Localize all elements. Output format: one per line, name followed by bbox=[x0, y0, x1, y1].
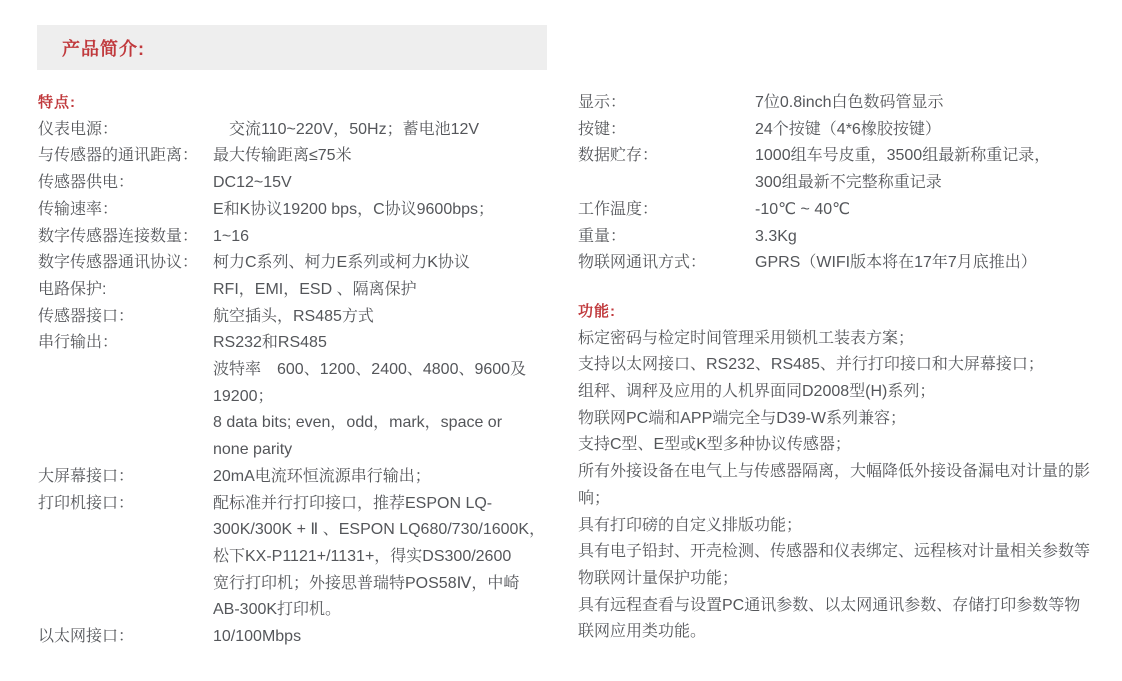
spec-row: 显示：7位0.8inch白色数码管显示 bbox=[578, 90, 1096, 117]
spec-row: 以太网接口：10/100Mbps bbox=[38, 624, 550, 651]
spec-value: -10℃ ~ 40℃ bbox=[755, 197, 1096, 224]
spec-row: 工作温度：-10℃ ~ 40℃ bbox=[578, 197, 1096, 224]
spec-value: 7位0.8inch白色数码管显示 bbox=[755, 90, 1096, 117]
spec-value-line: 7位0.8inch白色数码管显示 bbox=[755, 90, 1096, 117]
spec-value: 配标准并行打印接口，推荐ESPON LQ-300K/300K + Ⅱ 、ESPO… bbox=[213, 491, 550, 625]
spec-value: DC12~15V bbox=[213, 170, 550, 197]
spec-label: 以太网接口： bbox=[38, 624, 213, 651]
spec-value: 航空插头，RS485方式 bbox=[213, 304, 550, 331]
spec-value: GPRS（WIFI版本将在17年7月底推出） bbox=[755, 250, 1096, 277]
spec-label: 大屏幕接口： bbox=[38, 464, 213, 491]
spec-value-line: 300K/300K + Ⅱ 、ESPON LQ680/730/1600K， bbox=[213, 517, 550, 544]
spec-value-line: 20mA电流环恒流源串行输出； bbox=[213, 464, 550, 491]
function-item: 标定密码与检定时间管理采用锁机工装表方案； bbox=[578, 326, 1096, 353]
spec-value: 1000组车号皮重，3500组最新称重记录，300组最新不完整称重记录 bbox=[755, 143, 1096, 196]
spec-row: 物联网通讯方式：GPRS（WIFI版本将在17年7月底推出） bbox=[578, 250, 1096, 277]
spec-label: 重量： bbox=[578, 224, 755, 251]
spec-label: 工作温度： bbox=[578, 197, 755, 224]
spec-value: 20mA电流环恒流源串行输出； bbox=[213, 464, 550, 491]
spec-value: E和K协议19200 bps，C协议9600bps； bbox=[213, 197, 550, 224]
spec-label: 串行输出： bbox=[38, 330, 213, 464]
features-column: 特点: 仪表电源： 交流110~220V，50Hz；蓄电池12V与传感器的通讯距… bbox=[38, 90, 550, 651]
spec-value: 24个按键（4*6橡胶按键） bbox=[755, 117, 1096, 144]
function-item: 组秤、调秤及应用的人机界面同D2008型(H)系列； bbox=[578, 379, 1096, 406]
spec-value-line: 8 data bits; even，odd，mark，space or bbox=[213, 410, 550, 437]
function-item: 支持以太网接口、RS232、RS485、并行打印接口和大屏幕接口； bbox=[578, 352, 1096, 379]
spec-row: 数据贮存：1000组车号皮重，3500组最新称重记录，300组最新不完整称重记录 bbox=[578, 143, 1096, 196]
spec-value-line: none parity bbox=[213, 437, 550, 464]
functions-list: 标定密码与检定时间管理采用锁机工装表方案；支持以太网接口、RS232、RS485… bbox=[578, 326, 1096, 646]
spec-value-line: 配标准并行打印接口，推荐ESPON LQ- bbox=[213, 491, 550, 518]
spec-label: 数据贮存： bbox=[578, 143, 755, 196]
spec-row: 串行输出：RS232和RS485波特率 600、1200、2400、4800、9… bbox=[38, 330, 550, 464]
spec-value-line: AB-300K打印机。 bbox=[213, 597, 550, 624]
features-table: 仪表电源： 交流110~220V，50Hz；蓄电池12V与传感器的通讯距离：最大… bbox=[38, 117, 550, 651]
function-item: 物联网PC端和APP端完全与D39-W系列兼容； bbox=[578, 406, 1096, 433]
spec-value-line: 300组最新不完整称重记录 bbox=[755, 170, 1096, 197]
spec-value: RS232和RS485波特率 600、1200、2400、4800、9600及1… bbox=[213, 330, 550, 464]
function-item: 具有远程查看与设置PC通讯参数、以太网通讯参数、存储打印参数等物联网应用类功能。 bbox=[578, 593, 1096, 646]
spec-value-line: 松下KX-P1121+/1131+，得实DS300/2600 bbox=[213, 544, 550, 571]
spec-value-line: GPRS（WIFI版本将在17年7月底推出） bbox=[755, 250, 1096, 277]
spec-value-line: DC12~15V bbox=[213, 170, 550, 197]
features-heading: 特点: bbox=[38, 90, 550, 117]
spec-value-line: E和K协议19200 bps，C协议9600bps； bbox=[213, 197, 550, 224]
functions-heading: 功能: bbox=[578, 299, 1096, 326]
spec-row: 仪表电源： 交流110~220V，50Hz；蓄电池12V bbox=[38, 117, 550, 144]
spec-value-line: 最大传输距离≤75米 bbox=[213, 143, 550, 170]
spec-value: 最大传输距离≤75米 bbox=[213, 143, 550, 170]
function-item: 具有打印磅的自定义排版功能； bbox=[578, 513, 1096, 540]
spec-value-line: RFI，EMI，ESD 、隔离保护 bbox=[213, 277, 550, 304]
specs-column: 显示：7位0.8inch白色数码管显示按键：24个按键（4*6橡胶按键）数据贮存… bbox=[578, 90, 1096, 646]
spec-label: 数字传感器连接数量： bbox=[38, 224, 213, 251]
spec-row: 重量：3.3Kg bbox=[578, 224, 1096, 251]
spec-value-line: 3.3Kg bbox=[755, 224, 1096, 251]
function-item: 所有外接设备在电气上与传感器隔离，大幅降低外接设备漏电对计量的影响； bbox=[578, 459, 1096, 512]
spec-value-line: 宽行打印机；外接思普瑞特POS58Ⅳ，中崎 bbox=[213, 571, 550, 598]
spec-row: 打印机接口：配标准并行打印接口，推荐ESPON LQ-300K/300K + Ⅱ… bbox=[38, 491, 550, 625]
spec-value-line: 1000组车号皮重，3500组最新称重记录， bbox=[755, 143, 1096, 170]
spec-value: 交流110~220V，50Hz；蓄电池12V bbox=[213, 117, 550, 144]
spec-label: 物联网通讯方式： bbox=[578, 250, 755, 277]
spec-label: 仪表电源： bbox=[38, 117, 213, 144]
spec-row: 按键：24个按键（4*6橡胶按键） bbox=[578, 117, 1096, 144]
function-item: 支持C型、E型或K型多种协议传感器； bbox=[578, 432, 1096, 459]
spec-row: 数字传感器通讯协议：柯力C系列、柯力E系列或柯力K协议 bbox=[38, 250, 550, 277]
spec-row: 大屏幕接口：20mA电流环恒流源串行输出； bbox=[38, 464, 550, 491]
function-item: 具有电子铅封、开壳检测、传感器和仪表绑定、远程核对计量相关参数等物联网计量保护功… bbox=[578, 539, 1096, 592]
spec-label: 显示： bbox=[578, 90, 755, 117]
spec-value-line: RS232和RS485 bbox=[213, 330, 550, 357]
spec-label: 传感器接口： bbox=[38, 304, 213, 331]
spec-value-line: 柯力C系列、柯力E系列或柯力K协议 bbox=[213, 250, 550, 277]
title-bar: 产品简介: bbox=[37, 25, 547, 70]
spec-value-line: 10/100Mbps bbox=[213, 624, 550, 651]
spec-label: 按键： bbox=[578, 117, 755, 144]
spec-value: 1~16 bbox=[213, 224, 550, 251]
spec-label: 传输速率： bbox=[38, 197, 213, 224]
page-title: 产品简介: bbox=[62, 35, 145, 61]
spec-row: 数字传感器连接数量：1~16 bbox=[38, 224, 550, 251]
spec-row: 与传感器的通讯距离：最大传输距离≤75米 bbox=[38, 143, 550, 170]
spec-value-line: 波特率 600、1200、2400、4800、9600及 bbox=[213, 357, 550, 384]
spec-row: 电路保护:RFI，EMI，ESD 、隔离保护 bbox=[38, 277, 550, 304]
spec-value-line: 19200； bbox=[213, 384, 550, 411]
product-intro-page: 产品简介: 特点: 仪表电源： 交流110~220V，50Hz；蓄电池12V与传… bbox=[0, 0, 1122, 681]
spec-label: 电路保护: bbox=[38, 277, 213, 304]
spec-value: 3.3Kg bbox=[755, 224, 1096, 251]
spec-value-line: 1~16 bbox=[213, 224, 550, 251]
spec-value: 10/100Mbps bbox=[213, 624, 550, 651]
spec-row: 传感器接口：航空插头，RS485方式 bbox=[38, 304, 550, 331]
spec-value: RFI，EMI，ESD 、隔离保护 bbox=[213, 277, 550, 304]
spec-row: 传输速率：E和K协议19200 bps，C协议9600bps； bbox=[38, 197, 550, 224]
spec-label: 数字传感器通讯协议： bbox=[38, 250, 213, 277]
spec-label: 打印机接口： bbox=[38, 491, 213, 625]
spec-value: 柯力C系列、柯力E系列或柯力K协议 bbox=[213, 250, 550, 277]
spec-value-line: 航空插头，RS485方式 bbox=[213, 304, 550, 331]
spec-value-line: -10℃ ~ 40℃ bbox=[755, 197, 1096, 224]
spec-label: 传感器供电： bbox=[38, 170, 213, 197]
specs-table: 显示：7位0.8inch白色数码管显示按键：24个按键（4*6橡胶按键）数据贮存… bbox=[578, 90, 1096, 277]
spec-value-line: 交流110~220V，50Hz；蓄电池12V bbox=[213, 117, 550, 144]
spec-row: 传感器供电：DC12~15V bbox=[38, 170, 550, 197]
spec-value-line: 24个按键（4*6橡胶按键） bbox=[755, 117, 1096, 144]
spec-label: 与传感器的通讯距离： bbox=[38, 143, 213, 170]
